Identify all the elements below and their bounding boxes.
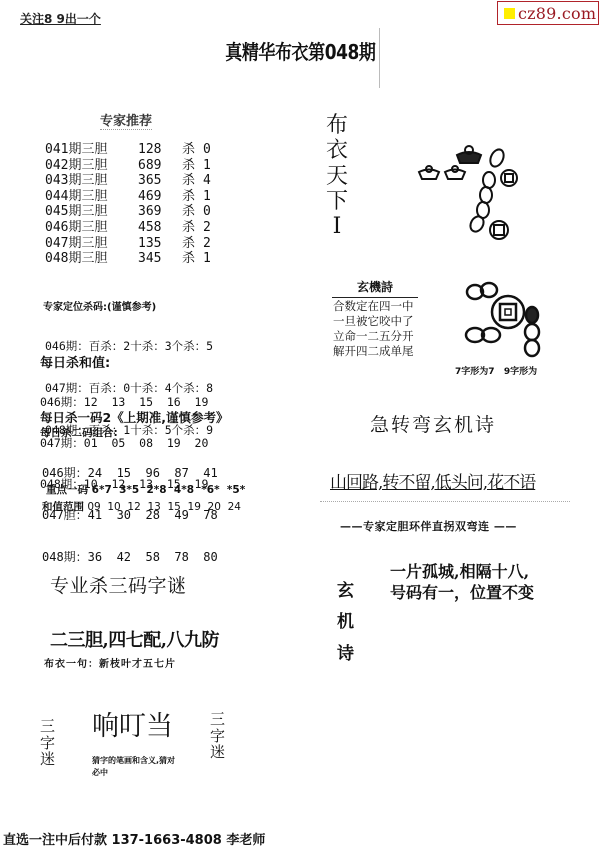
list-item: 046期：百杀：2十杀：3个杀：5 (45, 339, 213, 353)
list-item: 041期三胆128杀0 (45, 142, 211, 158)
divider (320, 501, 570, 502)
list-item: 048期三胆345杀1 (45, 251, 211, 267)
page-title: 真精华布衣第048期 (0, 36, 600, 65)
three-char-riddle-label-left: 三 字 迷 (40, 718, 55, 768)
riddle-hint: 猜字的笔画和含义,猜对必中 (92, 755, 182, 779)
list-item: 047期三胆135杀2 (45, 236, 211, 252)
poem-line: 一片孤城,相隔十八, (390, 561, 534, 582)
list-item: 048期：36 42 58 78 80 (42, 550, 218, 564)
list-item: 043期三胆365杀4 (45, 173, 211, 189)
sum-range: 和值范围 09 10 12 13 15 19 20 24 (42, 499, 241, 514)
xuanji-poem-label: 玄 机 诗 (337, 576, 354, 670)
list-item: 045期三胆369杀0 (45, 204, 211, 220)
focus-code: 重点一码 6*7 3*5 2*8 4*8 *6* *5* (46, 482, 245, 497)
site-badge-text: cz89.com (518, 4, 596, 23)
expert-note: ——专家定胆环伴直拐双弯连 —— (340, 518, 517, 534)
poem-line: 合数定在四一中 (333, 299, 414, 314)
mystic-poem-lines: 合数定在四一中 一旦被它咬中了 立命一二五分开 解开四二成单尾 (333, 299, 414, 359)
daily-kill-one: 每日杀一码2《上期准,谨慎参考》 (40, 408, 228, 426)
coin-shape-puzzle-image (455, 280, 565, 360)
follow-note: 关注8 9出一个 (20, 10, 101, 27)
riddle-word: 响叮当 (92, 704, 173, 743)
yellow-square-icon (504, 8, 515, 19)
ingot-coin-puzzle-image (405, 140, 560, 250)
list-item: 042期三胆689杀1 (45, 158, 211, 174)
kill-three-puzzle-answer: 二三胆,四七配,八九防 (50, 626, 219, 652)
list-item: 046期三胆458杀2 (45, 220, 211, 236)
coin-caption: 7字形为7 9字形为 (455, 364, 537, 377)
list-item: 044期三胆469杀1 (45, 189, 211, 205)
expert-recommend-list: 041期三胆128杀0 042期三胆689杀1 043期三胆365杀4 044期… (45, 142, 211, 267)
sharp-turn-poem-line: 山回路,转不留,低头问,花不语 (330, 468, 535, 493)
poem-line: 立命一二五分开 (333, 329, 414, 344)
kill-three-puzzle-title: 专业杀三码字谜 (50, 571, 187, 598)
three-char-riddle-label-right: 三 字 迷 (210, 711, 225, 761)
buyi-tianxia-label: 布 衣 天 下 I (326, 113, 348, 239)
mystic-poem-title: 玄機詩 (332, 278, 418, 298)
divider (379, 28, 380, 88)
footer-contact: 直选一注中后付款 137-1663-4808 李老师 (3, 829, 265, 848)
site-badge[interactable]: cz89.com (497, 1, 599, 25)
buyi-one-line: 布衣一句：新枝叶才五七片 (44, 655, 176, 670)
poem-line: 解开四二成单尾 (333, 344, 414, 359)
poem-line: 号码有一，位置不变 (390, 582, 534, 603)
list-item: 046期：24 15 96 87 41 (42, 466, 218, 480)
xuanji-poem-lines: 一片孤城,相隔十八, 号码有一，位置不变 (390, 561, 534, 603)
expert-recommend-title: 专家推荐 (100, 110, 152, 130)
sharp-turn-poem-title: 急转弯玄机诗 (370, 410, 496, 437)
poem-line: 一旦被它咬中了 (333, 314, 414, 329)
